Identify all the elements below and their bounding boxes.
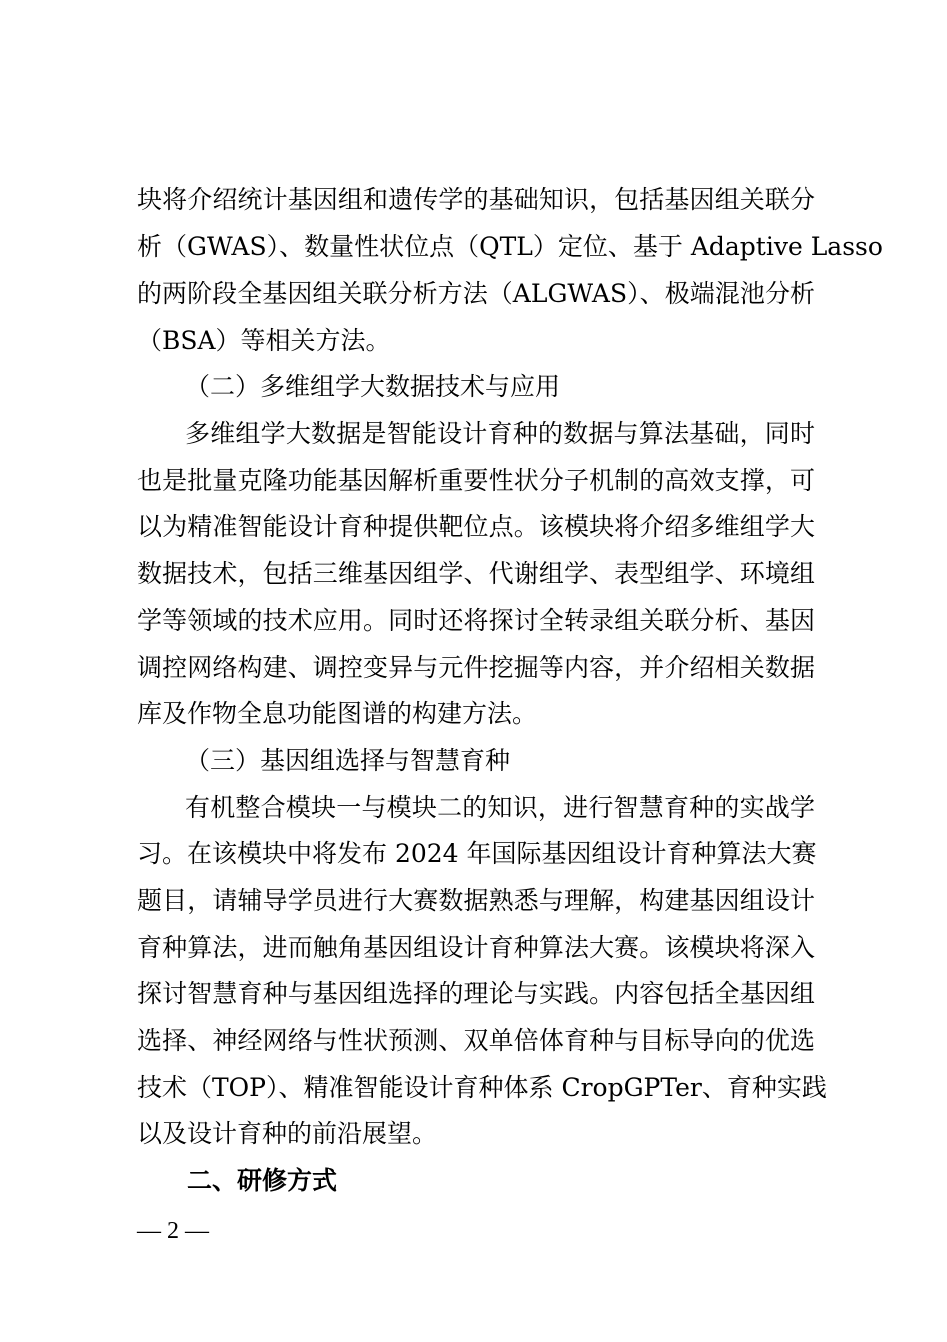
document-page: 块将介绍统计基因组和遗传学的基础知识，包括基因组关联分 析（GWAS）、数量性状…: [0, 0, 947, 1342]
body-line: 数据技术，包括三维基因组学、代谢组学、表型组学、环境组: [137, 551, 815, 597]
body-line: 育种算法，进而触角基因组设计育种算法大赛。该模块将深入: [137, 925, 815, 971]
section-subheading: （二）多维组学大数据技术与应用: [185, 364, 815, 410]
body-line: 以为精准智能设计育种提供靶位点。该模块将介绍多维组学大: [137, 504, 815, 550]
body-line: 技术（TOP）、精准智能设计育种体系 CropGPTer、育种实践: [137, 1065, 815, 1111]
section-heading: 二、研修方式: [187, 1158, 817, 1204]
body-line: 探讨智慧育种与基因组选择的理论与实践。内容包括全基因组: [137, 971, 815, 1017]
body-line: 有机整合模块一与模块二的知识，进行智慧育种的实战学: [185, 785, 815, 831]
body-line: 析（GWAS）、数量性状位点（QTL）定位、基于 Adaptive Lasso: [137, 224, 815, 270]
body-line: （BSA）等相关方法。: [137, 318, 815, 364]
body-line: 也是批量克隆功能基因解析重要性状分子机制的高效支撑，可: [137, 458, 815, 504]
body-line: 库及作物全息功能图谱的构建方法。: [137, 691, 815, 737]
body-line: 调控网络构建、调控变异与元件挖掘等内容，并介绍相关数据: [137, 645, 815, 691]
body-line: 学等领域的技术应用。同时还将探讨全转录组关联分析、基因: [137, 598, 815, 644]
body-line: 的两阶段全基因组关联分析方法（ALGWAS）、极端混池分析: [137, 271, 815, 317]
body-line: 选择、神经网络与性状预测、双单倍体育种与目标导向的优选: [137, 1018, 815, 1064]
body-line: 习。在该模块中将发布 2024 年国际基因组设计育种算法大赛: [137, 831, 815, 877]
page-number: — 2 —: [137, 1208, 209, 1254]
body-line: 多维组学大数据是智能设计育种的数据与算法基础，同时: [185, 411, 815, 457]
body-line: 块将介绍统计基因组和遗传学的基础知识，包括基因组关联分: [137, 177, 815, 223]
section-subheading: （三）基因组选择与智慧育种: [185, 738, 815, 784]
body-line: 题目，请辅导学员进行大赛数据熟悉与理解，构建基因组设计: [137, 878, 815, 924]
body-line: 以及设计育种的前沿展望。: [137, 1111, 815, 1157]
